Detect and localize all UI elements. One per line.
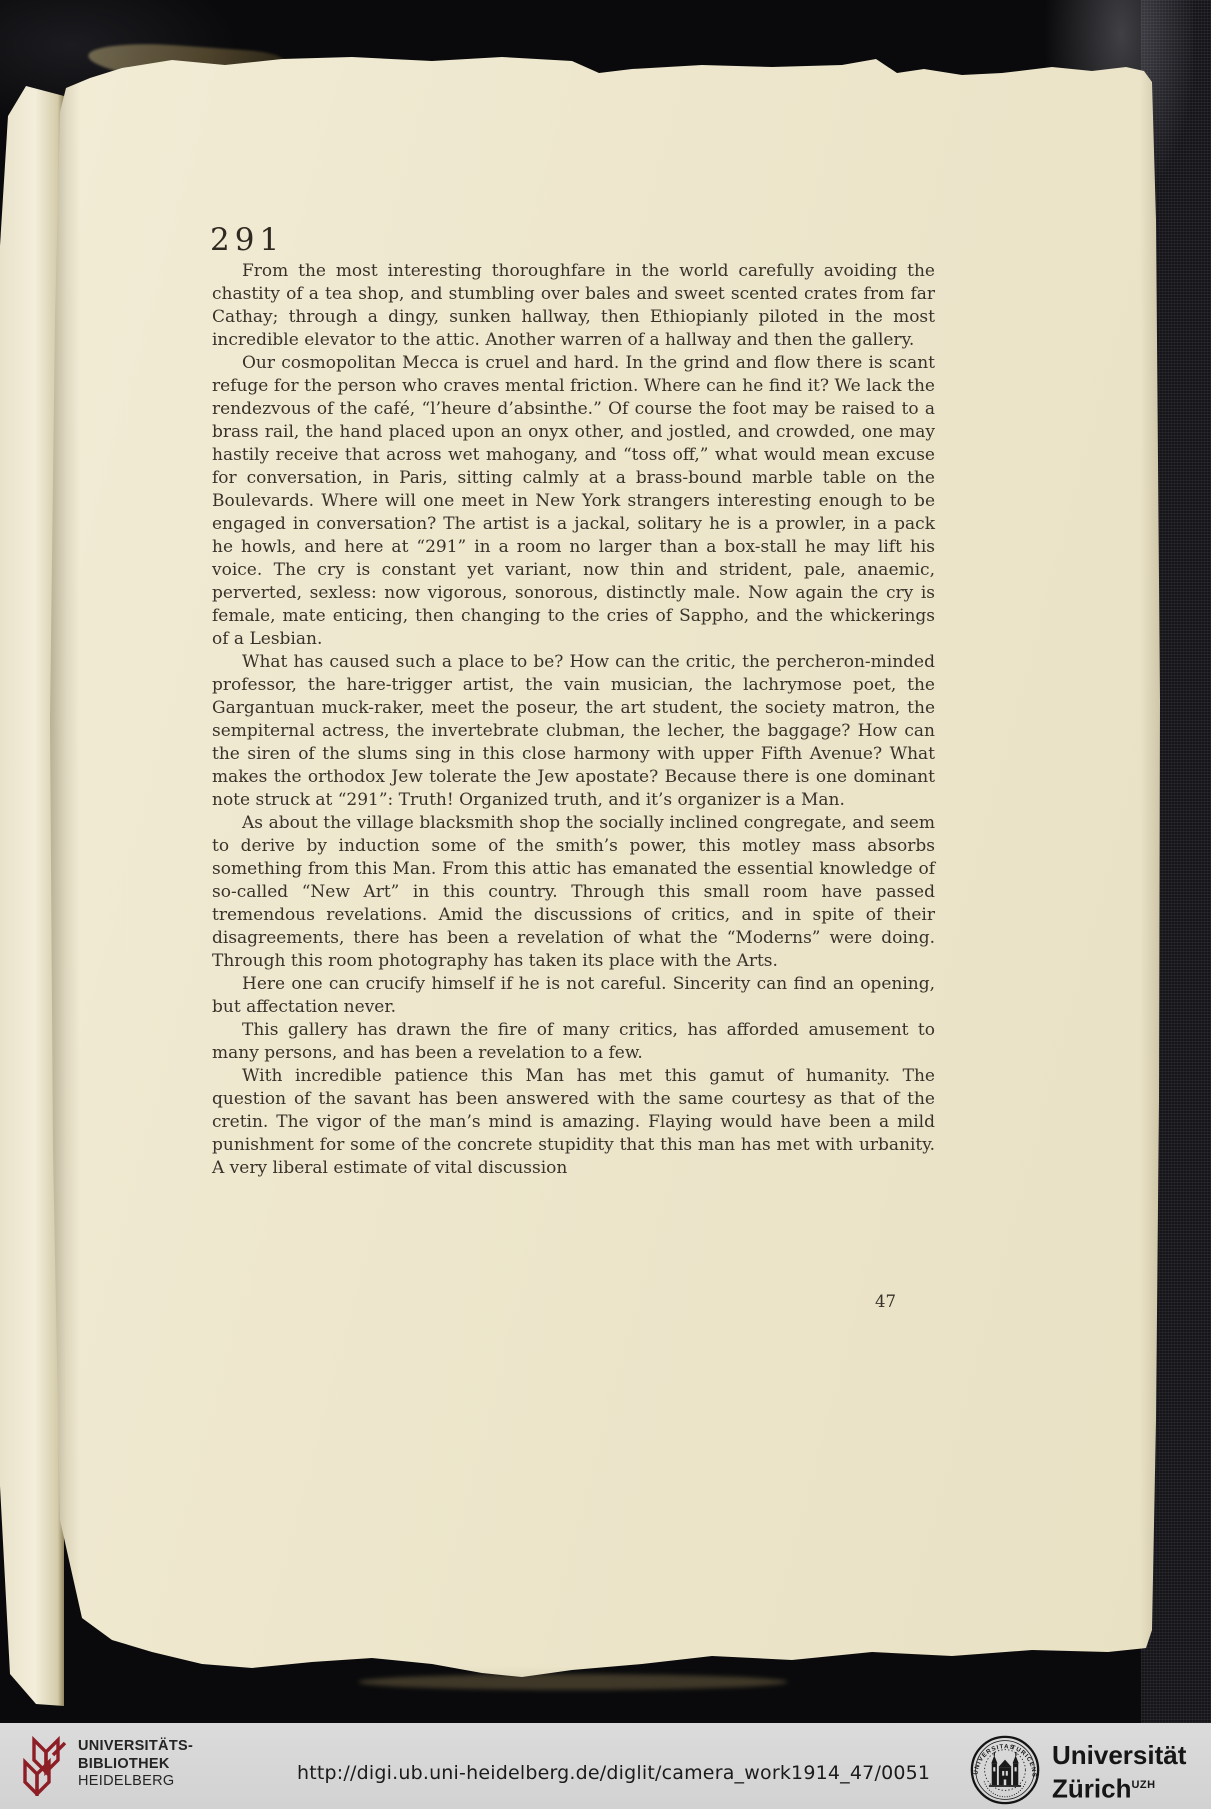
digitization-url: http://digi.ub.uni-heidelberg.de/diglit/… <box>297 1762 930 1784</box>
uzh-line2: ZürichUZH <box>1052 1770 1186 1804</box>
heidelberg-line2: BIBLIOTHEK <box>78 1756 193 1774</box>
heidelberg-line1: UNIVERSITÄTS- <box>78 1738 193 1756</box>
scanned-book-page-view: 291 From the most interesting thoroughfa… <box>0 0 1211 1809</box>
paragraph: With incredible patience this Man has me… <box>212 1065 935 1180</box>
body-text: From the most interesting thoroughfare i… <box>212 260 935 1180</box>
paragraph: What has caused such a place to be? How … <box>212 651 935 812</box>
paragraph: As about the village blacksmith shop the… <box>212 812 935 973</box>
cover-edge-fragment <box>358 1674 788 1690</box>
heidelberg-library-logo-icon <box>20 1734 68 1796</box>
heidelberg-library-wordmark: UNIVERSITÄTS- BIBLIOTHEK HEIDELBERG <box>78 1738 193 1791</box>
heidelberg-line3: HEIDELBERG <box>78 1773 193 1791</box>
paragraph: This gallery has drawn the fire of many … <box>212 1019 935 1065</box>
digitization-footer: UNIVERSITÄTS- BIBLIOTHEK HEIDELBERG http… <box>0 1723 1211 1809</box>
uzh-line1: Universität <box>1052 1740 1186 1770</box>
paragraph: From the most interesting thoroughfare i… <box>212 260 935 352</box>
uzh-wordmark: Universität ZürichUZH <box>1052 1740 1186 1804</box>
book-page: 291 From the most interesting thoroughfa… <box>50 0 1160 1692</box>
page-heading: 291 <box>210 222 284 258</box>
paragraph: Here one can crucify himself if he is no… <box>212 973 935 1019</box>
page-number: 47 <box>875 1292 896 1311</box>
uzh-seal-icon: UNIVERSITAS TURICENSIS <box>969 1734 1041 1806</box>
paragraph: Our cosmopolitan Mecca is cruel and hard… <box>212 352 935 651</box>
uzh-superscript: UZH <box>1131 1779 1155 1791</box>
